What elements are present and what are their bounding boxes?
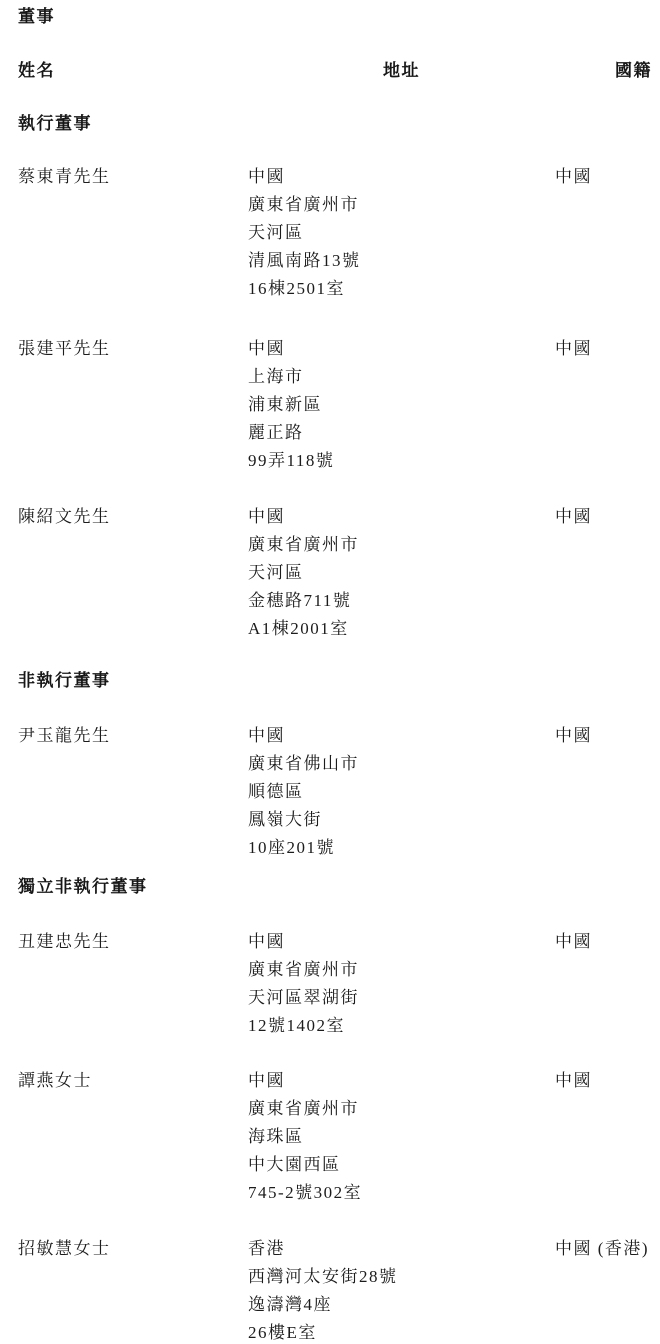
address-line: 上海市: [248, 363, 555, 391]
director-name: 尹玉龍先生: [0, 722, 248, 750]
directors-page: 董事 姓名 地址 國籍 執行董事 蔡東青先生 中國 廣東省廣州市 天河區 清風南…: [0, 0, 660, 1344]
column-headers: 姓名 地址 國籍: [0, 57, 660, 85]
director-nationality: 中國 (香港): [555, 1235, 660, 1263]
address-line: 99弄118號: [248, 447, 555, 475]
address-line: 10座201號: [248, 834, 555, 862]
director-row: 尹玉龍先生 中國 廣東省佛山市 順德區 鳳嶺大街 10座201號 中國: [0, 722, 660, 862]
address-line: 廣東省廣州市: [248, 1095, 555, 1123]
address-line: 鳳嶺大街: [248, 806, 555, 834]
director-row: 丑建忠先生 中國 廣東省廣州市 天河區翠湖街 12號1402室 中國: [0, 928, 660, 1040]
section-label-executive-directors: 執行董事: [0, 110, 660, 138]
address-line: 浦東新區: [248, 391, 555, 419]
address-line: 12號1402室: [248, 1012, 555, 1040]
page-title: 董事: [0, 3, 660, 31]
address-line: 26樓E室: [248, 1319, 555, 1344]
address-line: 清風南路13號: [248, 247, 555, 275]
director-nationality: 中國: [555, 163, 660, 191]
address-line: 廣東省佛山市: [248, 750, 555, 778]
address-line: A1棟2001室: [248, 615, 555, 643]
address-line: 海珠區: [248, 1123, 555, 1151]
director-name: 蔡東青先生: [0, 163, 248, 191]
address-line: 廣東省廣州市: [248, 956, 555, 984]
director-nationality: 中國: [555, 722, 660, 750]
address-line: 中國: [248, 1067, 555, 1095]
address-line: 西灣河太安街28號: [248, 1263, 555, 1291]
address-line: 中國: [248, 163, 555, 191]
address-line: 16棟2501室: [248, 275, 555, 303]
director-row: 陳紹文先生 中國 廣東省廣州市 天河區 金穗路711號 A1棟2001室 中國: [0, 503, 660, 643]
director-address: 中國 上海市 浦東新區 麗正路 99弄118號: [248, 335, 555, 475]
address-line: 天河區: [248, 559, 555, 587]
director-nationality: 中國: [555, 928, 660, 956]
director-address: 中國 廣東省廣州市 天河區 清風南路13號 16棟2501室: [248, 163, 555, 303]
address-line: 廣東省廣州市: [248, 191, 555, 219]
address-line: 順德區: [248, 778, 555, 806]
director-name: 陳紹文先生: [0, 503, 248, 531]
director-address: 中國 廣東省廣州市 天河區 金穗路711號 A1棟2001室: [248, 503, 555, 643]
director-address: 中國 廣東省佛山市 順德區 鳳嶺大街 10座201號: [248, 722, 555, 862]
director-row: 招敏慧女士 香港 西灣河太安街28號 逸濤灣4座 26樓E室 中國 (香港): [0, 1235, 660, 1344]
director-address: 香港 西灣河太安街28號 逸濤灣4座 26樓E室: [248, 1235, 555, 1344]
column-header-nationality: 國籍: [615, 57, 660, 85]
director-name: 張建平先生: [0, 335, 248, 363]
column-header-address: 地址: [383, 57, 615, 85]
address-line: 745-2號302室: [248, 1179, 555, 1207]
address-line: 中大園西區: [248, 1151, 555, 1179]
address-line: 廣東省廣州市: [248, 531, 555, 559]
column-header-name: 姓名: [0, 57, 383, 85]
director-name: 譚燕女士: [0, 1067, 248, 1095]
address-line: 麗正路: [248, 419, 555, 447]
director-address: 中國 廣東省廣州市 天河區翠湖街 12號1402室: [248, 928, 555, 1040]
address-line: 中國: [248, 503, 555, 531]
address-line: 中國: [248, 335, 555, 363]
address-line: 香港: [248, 1235, 555, 1263]
director-nationality: 中國: [555, 503, 660, 531]
director-row: 蔡東青先生 中國 廣東省廣州市 天河區 清風南路13號 16棟2501室 中國: [0, 163, 660, 303]
section-label-non-executive-directors: 非執行董事: [0, 667, 660, 695]
director-name: 丑建忠先生: [0, 928, 248, 956]
address-line: 金穗路711號: [248, 587, 555, 615]
director-nationality: 中國: [555, 1067, 660, 1095]
address-line: 逸濤灣4座: [248, 1291, 555, 1319]
address-line: 中國: [248, 722, 555, 750]
director-nationality: 中國: [555, 335, 660, 363]
address-line: 中國: [248, 928, 555, 956]
address-line: 天河區翠湖街: [248, 984, 555, 1012]
section-label-independent-non-executive-directors: 獨立非執行董事: [0, 873, 660, 901]
director-address: 中國 廣東省廣州市 海珠區 中大園西區 745-2號302室: [248, 1067, 555, 1207]
director-name: 招敏慧女士: [0, 1235, 248, 1263]
director-row: 張建平先生 中國 上海市 浦東新區 麗正路 99弄118號 中國: [0, 335, 660, 475]
director-row: 譚燕女士 中國 廣東省廣州市 海珠區 中大園西區 745-2號302室 中國: [0, 1067, 660, 1207]
address-line: 天河區: [248, 219, 555, 247]
